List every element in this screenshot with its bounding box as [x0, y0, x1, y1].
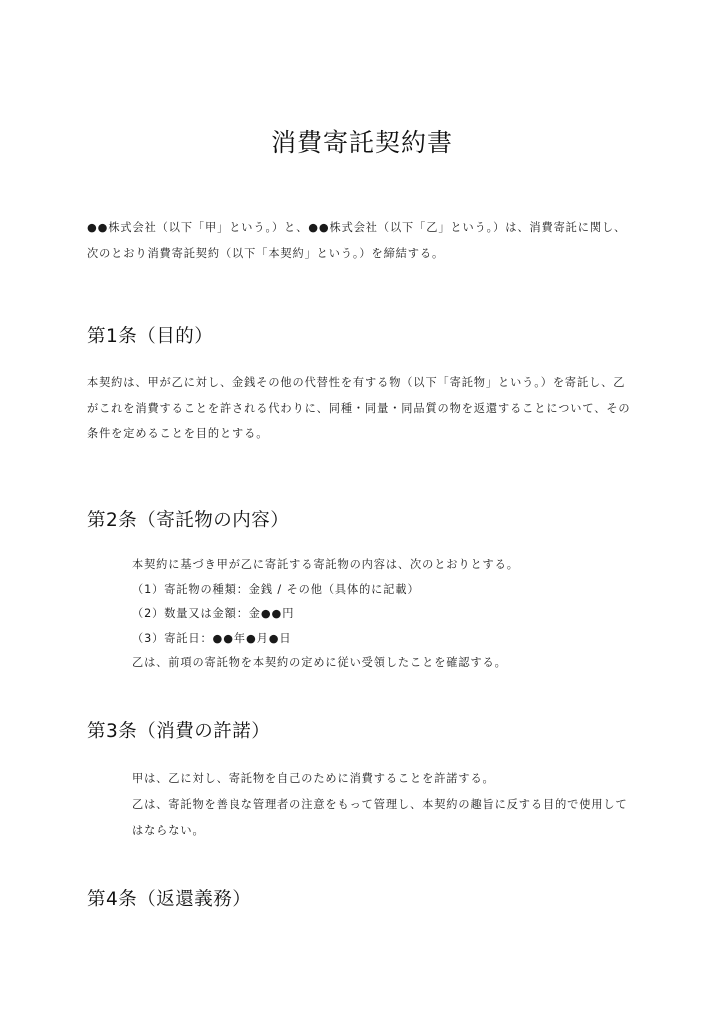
article-line: はならない。 [132, 818, 692, 844]
article-2-body: 本契約に基づき甲が乙に寄託する寄託物の内容は、次のとおりとする。 （1）寄託物の… [132, 553, 692, 676]
document-page: 消費寄託契約書 ●●株式会社（以下「甲」という。）と、●●株式会社（以下「乙」と… [0, 0, 724, 1024]
article-line: 本契約に基づき甲が乙に寄託する寄託物の内容は、次のとおりとする。 [132, 553, 692, 578]
article-line: 条件を定めることを目的とする。 [87, 421, 647, 447]
article-list-item: （2）数量又は金額：金●●円 [132, 602, 692, 627]
article-line: 甲は、乙に対し、寄託物を自己のために消費することを許諾する。 [132, 766, 692, 792]
article-line: 乙は、前項の寄託物を本契約の定めに従い受領したことを確認する。 [132, 651, 692, 676]
document-title: 消費寄託契約書 [0, 126, 724, 160]
preamble: ●●株式会社（以下「甲」という。）と、●●株式会社（以下「乙」という。）は、消費… [87, 215, 647, 266]
article-3-body: 甲は、乙に対し、寄託物を自己のために消費することを許諾する。 乙は、寄託物を善良… [132, 766, 692, 844]
article-list-item: （1）寄託物の種類：金銭 / その他（具体的に記載） [132, 578, 692, 603]
article-list-item: （3）寄託日：●●年●月●日 [132, 627, 692, 652]
preamble-line: 次のとおり消費寄託契約（以下「本契約」という。）を締結する。 [87, 241, 647, 267]
article-line: がこれを消費することを許される代わりに、同種・同量・同品質の物を返還することにつ… [87, 396, 647, 422]
preamble-line: ●●株式会社（以下「甲」という。）と、●●株式会社（以下「乙」という。）は、消費… [87, 215, 647, 241]
article-2-heading: 第2条（寄託物の内容） [87, 507, 289, 535]
article-line: 本契約は、甲が乙に対し、金銭その他の代替性を有する物（以下「寄託物」という。）を… [87, 370, 647, 396]
article-line: 乙は、寄託物を善良な管理者の注意をもって管理し、本契約の趣旨に反する目的で使用し… [132, 792, 692, 818]
article-4-heading: 第4条（返還義務） [87, 886, 251, 914]
article-1-body: 本契約は、甲が乙に対し、金銭その他の代替性を有する物（以下「寄託物」という。）を… [87, 370, 647, 447]
article-3-heading: 第3条（消費の許諾） [87, 718, 270, 746]
article-1-heading: 第1条（目的） [87, 323, 213, 351]
